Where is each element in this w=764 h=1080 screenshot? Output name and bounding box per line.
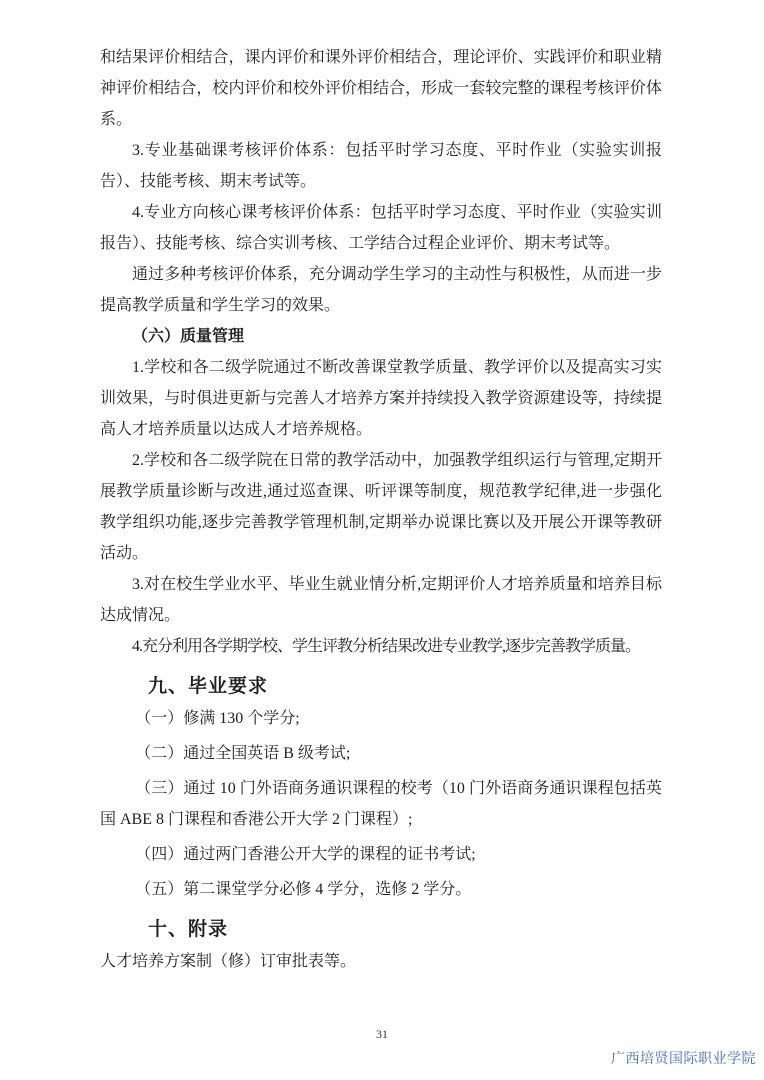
requirement-item-5: （五）第二课堂学分必修 4 学分，选修 2 学分。 bbox=[100, 874, 662, 905]
paragraph-continuation: 和结果评价相结合，课内评价和课外评价相结合，理论评价、实践评价和职业精神评价相结… bbox=[100, 42, 662, 135]
chapter-heading-graduation-requirements: 九、毕业要求 bbox=[148, 674, 662, 700]
section-heading-quality-management: （六）质量管理 bbox=[100, 321, 662, 352]
requirement-item-1: （一）修满 130 个学分; bbox=[100, 703, 662, 734]
chapter-heading-appendix: 十、附录 bbox=[148, 917, 662, 943]
paragraph-evaluation-summary: 通过多种考核评价体系，充分调动学生学习的主动性与积极性，从而进一步提高教学质量和… bbox=[100, 259, 662, 321]
paragraph-basic-course-evaluation: 3.专业基础课考核评价体系：包括平时学习态度、平时作业（实验实训报告）、技能考核… bbox=[100, 135, 662, 197]
requirement-item-2: （二）通过全国英语 B 级考试; bbox=[100, 738, 662, 769]
requirement-item-3: （三）通过 10 门外语商务通识课程的校考（10 门外语商务通识课程包括英国 A… bbox=[100, 773, 662, 835]
paragraph-quality-1: 1.学校和各二级学院通过不断改善课堂教学质量、教学评价以及提高实习实训效果，与时… bbox=[100, 352, 662, 445]
page-number: 31 bbox=[0, 1027, 764, 1042]
paragraph-quality-3: 3.对在校生学业水平、毕业生就业情分析,定期评价人才培养质量和培养目标达成情况。 bbox=[100, 569, 662, 631]
paragraph-core-course-evaluation: 4.专业方向核心课考核评价体系：包括平时学习态度、平时作业（实验实训报告）、技能… bbox=[100, 197, 662, 259]
document-body: 和结果评价相结合，课内评价和课外评价相结合，理论评价、实践评价和职业精神评价相结… bbox=[100, 42, 662, 977]
institution-watermark: 广西培贤国际职业学院 bbox=[611, 1048, 756, 1068]
document-page: 和结果评价相结合，课内评价和课外评价相结合，理论评价、实践评价和职业精神评价相结… bbox=[0, 0, 764, 1080]
paragraph-appendix-note: 人才培养方案制（修）订审批表等。 bbox=[100, 946, 662, 977]
paragraph-quality-4: 4.充分利用各学期学校、学生评教分析结果改进专业教学,逐步完善教学质量。 bbox=[100, 631, 662, 662]
requirement-item-4: （四）通过两门香港公开大学的课程的证书考试; bbox=[100, 839, 662, 870]
paragraph-quality-2: 2.学校和各二级学院在日常的教学活动中，加强教学组织运行与管理,定期开展教学质量… bbox=[100, 445, 662, 569]
